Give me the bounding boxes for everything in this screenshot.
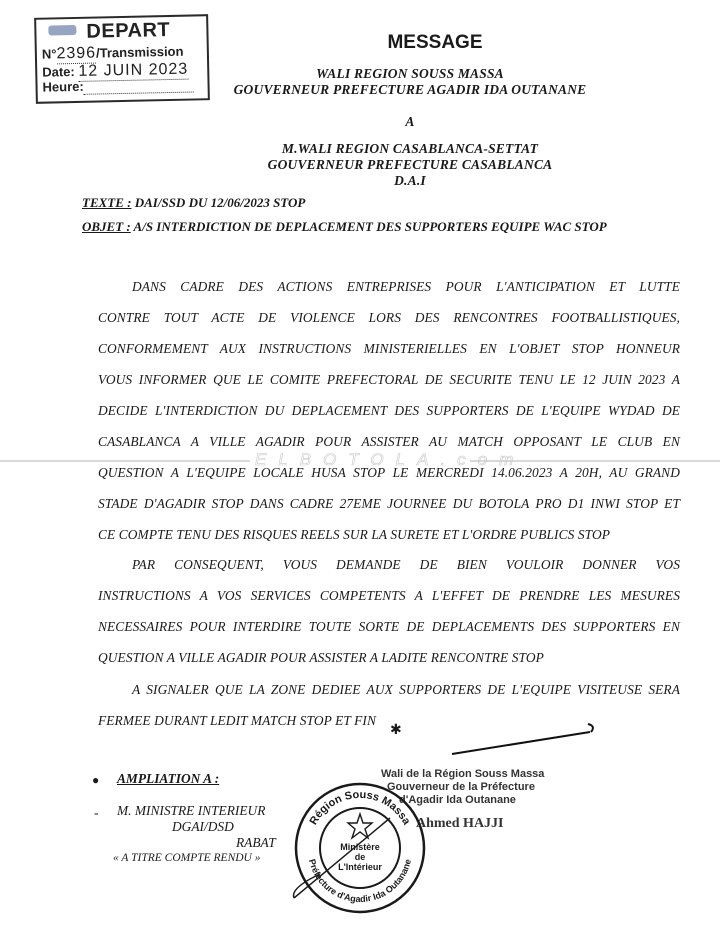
- body-line: CE COMPTE TENU DES RISQUES REELS SUR LA …: [98, 527, 680, 543]
- body-line: CONTRE TOUT ACTE DE VIOLENCE LORS DES RE…: [98, 310, 680, 326]
- objet-reference: OBJET : A/S INTERDICTION DE DEPLACEMENT …: [82, 219, 607, 235]
- ampliation-note: « A TITRE COMPTE RENDU »: [113, 852, 260, 864]
- recipient-line-3: D.A.I: [220, 173, 600, 189]
- body-line: STADE D'AGADIR STOP DANS CADRE 27EME JOU…: [98, 496, 680, 512]
- signature-stroke: [450, 718, 600, 758]
- depart-stamp: DEPART N°2396/Transmission Date: 12 JUIN…: [34, 14, 210, 104]
- ampliation-department: DGAI/DSD: [172, 819, 234, 835]
- to-label: A: [220, 114, 600, 130]
- body-line: VOUS INFORMER QUE LE COMITE PREFECTORAL …: [98, 372, 680, 388]
- stamp-title: DEPART: [86, 19, 170, 44]
- handwritten-initial-mark: ✱: [390, 722, 402, 739]
- body-line: QUESTION A VILLE AGADIR POUR ASSISTER A …: [98, 650, 680, 666]
- watermark: ELBOTOLA.com: [0, 452, 720, 468]
- body-line: PAR CONSEQUENT, VOUS DEMANDE DE BIEN VOU…: [132, 557, 680, 573]
- body-line: CONFORMEMENT AUX INSTRUCTIONS MINISTERIE…: [98, 341, 680, 357]
- body-line: CASABLANCA A VILLE AGADIR POUR ASSISTER …: [98, 434, 680, 450]
- sender-line-1: WALI REGION SOUSS MASSA: [220, 66, 600, 82]
- bullet-icon: ●: [92, 773, 99, 788]
- body-line: DANS CADRE DES ACTIONS ENTREPRISES POUR …: [132, 279, 680, 295]
- body-line: NECESSAIRES POUR INTERDIRE TOUTE SORTE D…: [98, 619, 680, 635]
- texte-reference: TEXTE : DAI/SSD DU 12/06/2023 STOP: [82, 195, 305, 211]
- stamp-number-value: 2396: [56, 45, 96, 65]
- stamp-hour-row: Heure:: [42, 77, 193, 96]
- body-line: A SIGNALER QUE LA ZONE DEDIEE AUX SUPPOR…: [132, 682, 680, 698]
- stamp-logo-icon: [48, 25, 76, 36]
- svg-text:L'Intérieur: L'Intérieur: [338, 862, 382, 872]
- recipient-line-2: GOUVERNEUR PREFECTURE CASABLANCA: [220, 157, 600, 173]
- ampliation-city: RABAT: [236, 835, 276, 851]
- official-seal-icon: Région Souss Massa Préfecture d'Agadir I…: [290, 778, 430, 918]
- dash-icon: -: [94, 805, 98, 821]
- body-line: DECIDE L'INTERDICTION DU DEPLACEMENT DES…: [98, 403, 680, 419]
- message-title: MESSAGE: [250, 32, 620, 54]
- watermark-text: ELBOTOLA.com: [255, 450, 525, 470]
- recipient-line-1: M.WALI REGION CASABLANCA-SETTAT: [220, 141, 600, 157]
- ampliation-recipient: M. MINISTRE INTERIEUR: [117, 803, 265, 819]
- svg-text:de: de: [355, 852, 366, 862]
- ampliation-title: AMPLIATION A :: [117, 771, 219, 787]
- body-line: INSTRUCTIONS A VOS SERVICES COMPETENTS A…: [98, 588, 680, 604]
- sender-line-2: GOUVERNEUR PREFECTURE AGADIR IDA OUTANAN…: [220, 82, 600, 98]
